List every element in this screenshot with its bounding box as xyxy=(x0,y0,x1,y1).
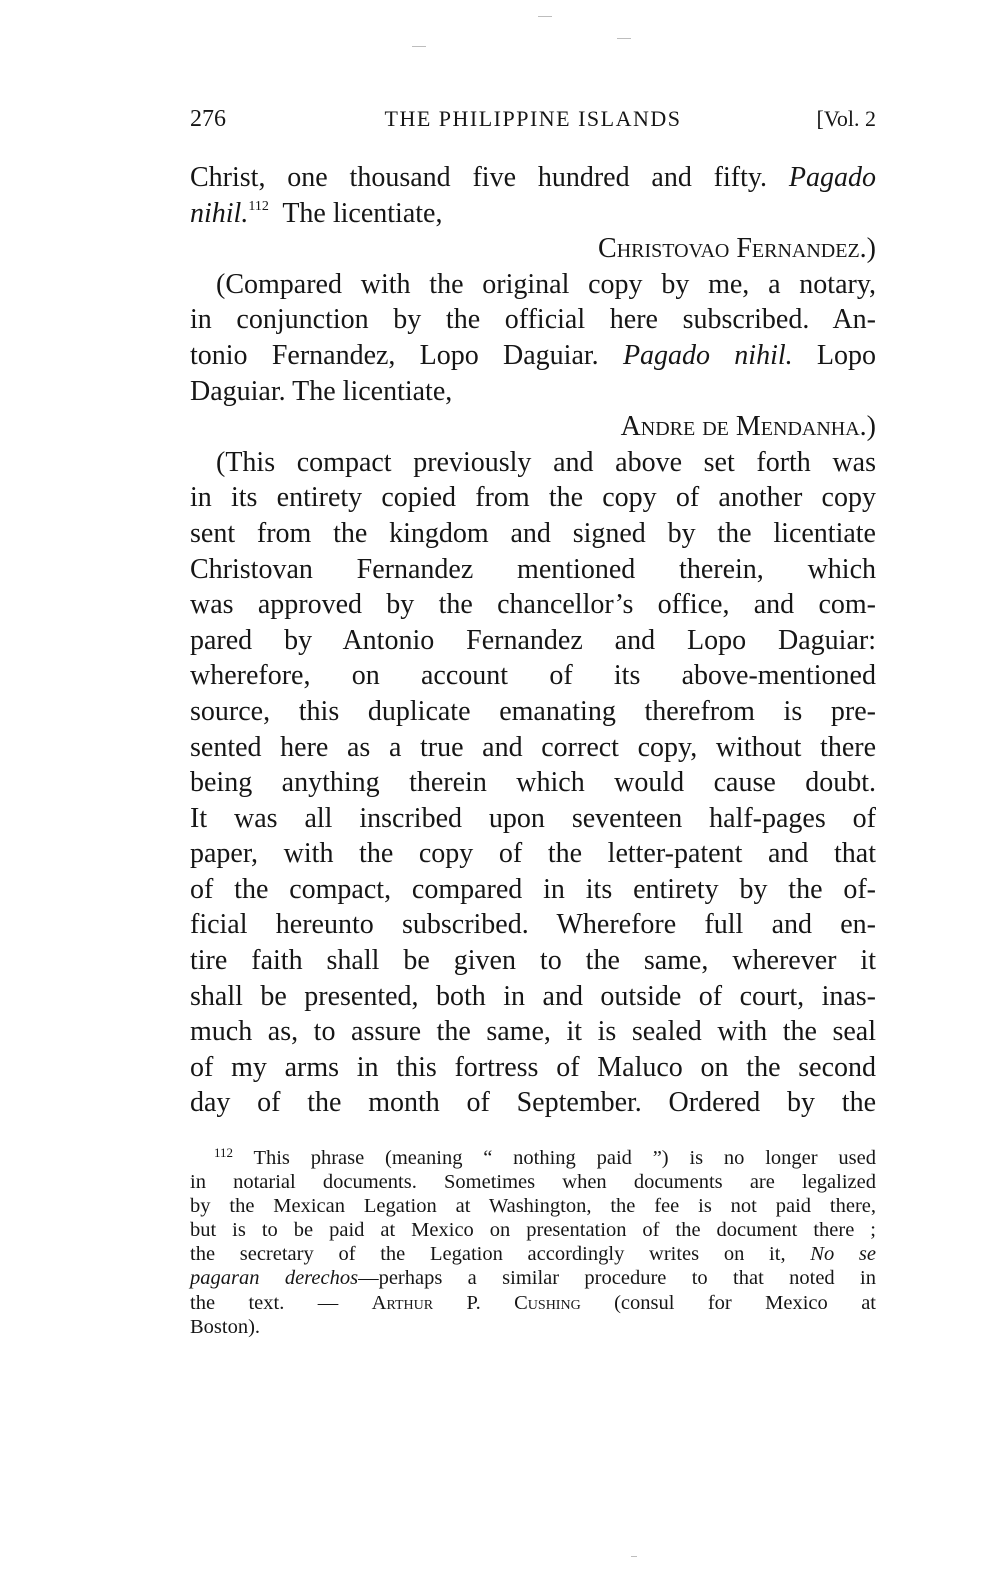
text-line: was approved by the chancellor’s office,… xyxy=(190,587,876,623)
main-text: Christ, one thousand five hundred and fi… xyxy=(190,160,876,1121)
text-line: Christ, one thousand five hundred and fi… xyxy=(190,160,876,196)
running-title: THE PHILIPPINE ISLANDS xyxy=(190,103,876,135)
text-line: (This compact previously and above set f… xyxy=(190,445,876,481)
text-line: pared by Antonio Fernandez and Lopo Dagu… xyxy=(190,623,876,659)
text-line: shall be presented, both in and outside … xyxy=(190,979,876,1015)
text-line: of my arms in this fortress of Maluco on… xyxy=(190,1050,876,1086)
text-line: much as, to assure the same, it is seale… xyxy=(190,1014,876,1050)
signature-line: Christovao Fernandez.) xyxy=(190,231,876,267)
signature-line: Andre de Mendanha.) xyxy=(190,409,876,445)
scan-artifact xyxy=(617,38,631,39)
scan-artifact xyxy=(412,46,426,47)
footnote-112: 112 This phrase (meaning “ nothing paid … xyxy=(190,1146,876,1339)
text-line: Christovan Fernandez mentioned therein, … xyxy=(190,552,876,588)
footnote-line: pagaran derechos—perhaps a similar proce… xyxy=(190,1266,876,1290)
text-line: paper, with the copy of the letter-paten… xyxy=(190,836,876,872)
text-line: being anything therein which would cause… xyxy=(190,765,876,801)
page-header: 276 THE PHILIPPINE ISLANDS [Vol. 2 xyxy=(190,103,876,135)
footnote-line: the secretary of the Legation accordingl… xyxy=(190,1242,876,1266)
scan-artifact xyxy=(538,16,552,17)
footnote-reference[interactable]: 112 xyxy=(248,199,268,214)
text-line: sented here as a true and correct copy, … xyxy=(190,730,876,766)
scan-artifact xyxy=(631,1556,637,1557)
footnote-line: but is to be paid at Mexico on presentat… xyxy=(190,1218,876,1242)
footnote-line: 112 This phrase (meaning “ nothing paid … xyxy=(190,1146,876,1170)
footnote-line: Boston). xyxy=(190,1315,876,1339)
text-line: of the compact, compared in its entirety… xyxy=(190,872,876,908)
footnote-line: in notarial documents. Sometimes when do… xyxy=(190,1170,876,1194)
author-attribution: Arthur P. Cushing xyxy=(372,1292,581,1314)
text-line: sent from the kingdom and signed by the … xyxy=(190,516,876,552)
text-line: Daguiar. The licentiate, xyxy=(190,374,876,410)
footnote-line: the text. — Arthur P. Cushing (consul fo… xyxy=(190,1291,876,1315)
text-line: in conjunction by the official here subs… xyxy=(190,302,876,338)
text-line: tonio Fernandez, Lopo Daguiar. Pagado ni… xyxy=(190,338,876,374)
text-line: day of the month of September. Ordered b… xyxy=(190,1085,876,1121)
footnote-number: 112 xyxy=(214,1145,233,1160)
text-line: It was all inscribed upon seventeen half… xyxy=(190,801,876,837)
text-line: tire faith shall be given to the same, w… xyxy=(190,943,876,979)
text-line: nihil.112 The licentiate, xyxy=(190,196,876,232)
footnote-line: by the Mexican Legation at Washington, t… xyxy=(190,1194,876,1218)
text-line: (Compared with the original copy by me, … xyxy=(190,267,876,303)
text-line: wherefore, on account of its above-menti… xyxy=(190,658,876,694)
text-line: ficial hereunto subscribed. Wherefore fu… xyxy=(190,907,876,943)
text-line: source, this duplicate emanating therefr… xyxy=(190,694,876,730)
volume-label: [Vol. 2 xyxy=(817,103,877,135)
text-line: in its entirety copied from the copy of … xyxy=(190,480,876,516)
